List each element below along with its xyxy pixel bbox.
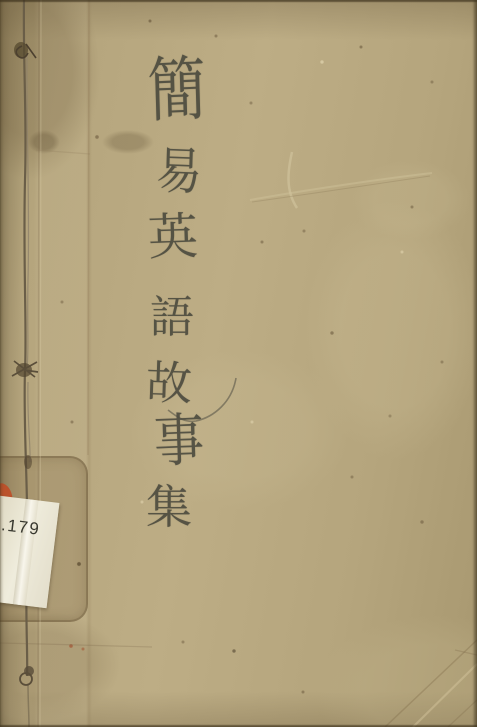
corner-crease-small	[448, 700, 477, 727]
repair-strip-edge	[88, 0, 89, 455]
binding-thread-second-strand	[27, 55, 30, 462]
crease-scratch-vertical	[288, 152, 297, 208]
repair-strip-seam	[36, 150, 90, 154]
thread-knot-lower	[24, 455, 32, 469]
crease-lower-left	[0, 643, 152, 647]
book-cover-photo: 簡 易 英 語 故 事 集	[0, 0, 477, 727]
photo-detail-overlay	[0, 0, 477, 727]
corner-crease-dark	[385, 640, 477, 727]
crease-scratch-horizontal	[250, 173, 432, 200]
pencil-flourish-stroke	[168, 378, 236, 421]
call-number-line-1: .179	[0, 515, 41, 540]
label-fold-highlight	[13, 499, 39, 606]
spine-fold-highlight	[40, 0, 41, 727]
corner-crease-light	[413, 664, 477, 727]
spine-fold-crease	[38, 0, 39, 727]
binding-thread-tail	[28, 684, 29, 727]
crease-shadow-horizontal	[252, 176, 430, 202]
